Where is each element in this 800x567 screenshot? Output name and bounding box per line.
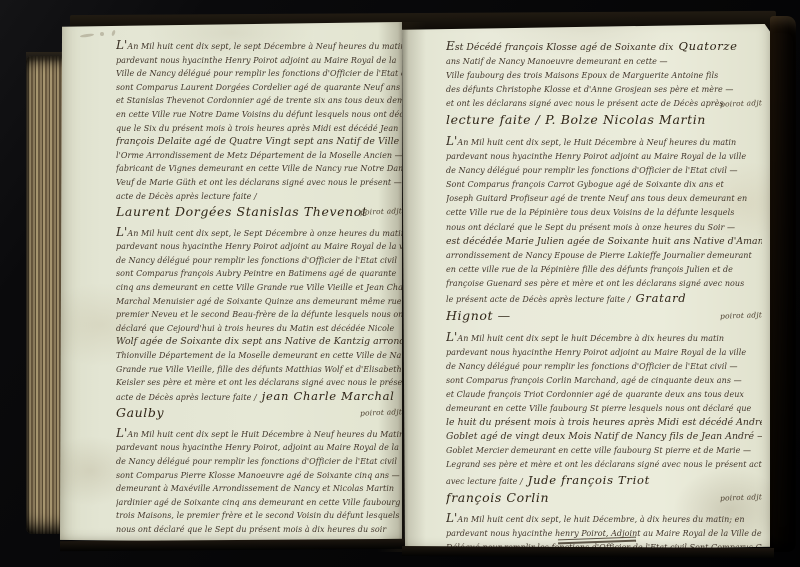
- manuscript-line: L'An Mil huit cent dix sept le huit Déce…: [446, 330, 762, 346]
- manuscript-line: Keisler ses père et mère et ont les décl…: [116, 376, 402, 390]
- line-text: Legrand ses père et mère et ont les décl…: [446, 460, 762, 469]
- signature-line: poirot adjtHignot —: [446, 307, 762, 325]
- line-text: Goblet Mercier demeurant en cette ville …: [446, 446, 751, 455]
- manuscript-line: arrondissement de Nancy Epouse de Pierre…: [446, 249, 762, 263]
- inline-signature: Quatorze: [673, 39, 737, 53]
- manuscript-line: sont Comparus françois Aubry Peintre en …: [116, 267, 402, 281]
- manuscript-line: nous ont déclaré que le Sept du présent …: [116, 523, 402, 537]
- manuscript-line: sont Comparus françois Corlin Marchand, …: [446, 374, 762, 388]
- line-text: pardevant nous hyacinthe Henry Poirot ad…: [116, 242, 402, 251]
- line-text: Gaulby: [116, 405, 164, 420]
- line-text: trois Maisons, le premier frère et le se…: [116, 511, 400, 520]
- line-text: Goblet agé de vingt deux Mois Natif de N…: [446, 431, 762, 442]
- line-text: nous ont déclaré que le Sept du présent …: [446, 223, 735, 232]
- signature-line: poirot adjtGaulby: [116, 404, 402, 422]
- manuscript-line: sont Comparus Laurent Dorgées Cordelier …: [116, 81, 402, 95]
- line-text: l'Orme Arrondissement de Metz Départemen…: [116, 151, 402, 160]
- line-text: jardinier agé de Soixante cinq ans demeu…: [116, 498, 402, 507]
- line-text: L'An Mil huit cent dix sept le huit Déce…: [446, 334, 724, 343]
- line-text: L'An Mil huit cent dix sept, le sept Déc…: [116, 42, 402, 51]
- manuscript-line: cette Ville rue de la Pépinière tous deu…: [446, 206, 762, 220]
- line-text: de Nancy délégué pour remplir les foncti…: [116, 256, 397, 265]
- manuscript-line: Thionville Département de la Moselle dem…: [116, 349, 402, 363]
- manuscript-line: Veuf de Marie Güth et ont les déclarans …: [116, 176, 402, 190]
- line-text: lecture faite / P. Bolze Nicolas Martin: [446, 112, 706, 127]
- line-text: Laurent Dorgées Stanislas Thevenot: [116, 204, 368, 219]
- page-stack-fore-edge: [26, 56, 64, 534]
- line-text: Joseph Guitard Profiseur agé de trente N…: [446, 194, 747, 203]
- manuscript-line: en cette Ville rue Notre Dame Voisins du…: [116, 108, 402, 122]
- line-text: arrondissement de Nancy Epouse de Pierre…: [446, 251, 752, 260]
- manuscript-line: Goblet agé de vingt deux Mois Natif de N…: [446, 430, 762, 444]
- manuscript-line: l'Orme Arrondissement de Metz Départemen…: [116, 149, 402, 163]
- line-text: sont Comparus Laurent Dorgées Cordelier …: [116, 83, 402, 92]
- manuscript-line: poirot adjtet ont les déclarans signé av…: [446, 97, 762, 111]
- line-text: Sont Comparus françois Carrot Gybogue ag…: [446, 180, 724, 189]
- clerk-initials: poirot adjt: [720, 489, 762, 507]
- manuscript-line: françois Delaite agé de Quatre Vingt sep…: [116, 135, 402, 149]
- manuscript-line: sont Comparus Pierre Klosse Manoeuvre ag…: [116, 469, 402, 483]
- line-text: en cette Ville rue Notre Dame Voisins du…: [116, 110, 402, 119]
- left-page: L'An Mil huit cent dix sept, le sept Déc…: [60, 22, 402, 544]
- manuscript-line: trois Maisons, le premier frère et le se…: [116, 509, 402, 523]
- inline-signature: Gratard: [631, 291, 687, 305]
- manuscript-line: L'An Mil huit cent dix sept, le Huit Déc…: [446, 134, 762, 150]
- line-text: françois Delaite agé de Quatre Vingt sep…: [116, 136, 402, 147]
- line-text: pardevant nous hyacinthe Henry Poirot, a…: [116, 443, 402, 452]
- manuscript-line: des défunts Christophe Klosse et d'Anne …: [446, 83, 762, 97]
- right-page-text: Est Décédé françois Klosse agé de Soixan…: [446, 34, 762, 552]
- right-page: Est Décédé françois Klosse agé de Soixan…: [402, 24, 774, 552]
- line-text: Grande rue Ville Vieille, fille des défu…: [116, 365, 402, 374]
- manuscript-line: Est Décédé françois Klosse agé de Soixan…: [446, 39, 762, 55]
- line-text: avec lecture faite /: [446, 477, 523, 486]
- manuscript-line: L'An Mil huit cent dix sept le Huit Déce…: [116, 427, 402, 442]
- line-text: Keisler ses père et mère et ont les décl…: [116, 378, 402, 387]
- line-text: Veuf de Marie Güth et ont les déclarans …: [116, 178, 402, 187]
- line-text: L'An Mil huit cent dix sept le Huit Déce…: [116, 430, 402, 439]
- line-text: nous ont déclaré que le Sept du présent …: [116, 525, 386, 534]
- line-text: de Nancy délégué pour remplir les foncti…: [116, 457, 397, 466]
- line-text: demeurant en cette Ville faubourg St pie…: [446, 404, 751, 413]
- line-text: le présent acte de Décès après lecture f…: [446, 295, 631, 304]
- manuscript-line: pardevant nous hyacinthe Henry Poirot ad…: [116, 54, 402, 68]
- manuscript-line: Ville faubourg des trois Maisons Epoux d…: [446, 69, 762, 83]
- manuscript-line: de Nancy délégué pour remplir les foncti…: [446, 164, 762, 178]
- clerk-initials: poirot adjt: [720, 307, 762, 325]
- line-text: demeurant à Maxéville Arrondissement de …: [116, 484, 394, 493]
- line-text: et Stanislas Thevenot Cordonnier agé de …: [116, 96, 402, 105]
- line-text: acte de Décès après lecture faite /: [116, 393, 257, 402]
- line-text: françoise Guenard ses père et mère et on…: [446, 279, 744, 288]
- line-text: pardevant nous hyacinthe Henry Poirot ad…: [446, 348, 746, 357]
- line-text: L'An Mil huit cent dix sept, le huit Déc…: [446, 515, 745, 524]
- manuscript-line: pardevant nous hyacinthe Henry Poirot ad…: [116, 240, 402, 254]
- manuscript-line: et Claude françois Triot Cordonnier agé …: [446, 388, 762, 402]
- line-text: sont Comparus françois Aubry Peintre en …: [116, 269, 396, 278]
- manuscript-line: premier Neveu et le second Beau-frère de…: [116, 308, 402, 322]
- line-text: premier Neveu et le second Beau-frère de…: [116, 310, 402, 319]
- manuscript-line: ans Natif de Nancy Manoeuvre demeurant e…: [446, 55, 762, 69]
- manuscript-line: demeurant en cette Ville faubourg St pie…: [446, 402, 762, 416]
- line-text: acte de Décès après lecture faite /: [116, 192, 257, 201]
- line-text: sont Comparus Pierre Klosse Manoeuvre ag…: [116, 471, 400, 480]
- line-text: sont Comparus françois Corlin Marchand, …: [446, 376, 742, 385]
- right-page-bottom-edge: [402, 546, 774, 558]
- manuscript-line: nous ont déclaré que le Sept du présent …: [446, 221, 762, 235]
- manuscript-line: fabricant de Vignes demeurant en cette V…: [116, 162, 402, 176]
- line-text: Ville de Nancy délégué pour remplir les …: [116, 69, 402, 78]
- line-text: Wolf agée de Soixante dix sept ans Nativ…: [116, 336, 402, 347]
- manuscript-line: Goblet Mercier demeurant en cette ville …: [446, 444, 762, 458]
- manuscript-line: cinq ans demeurant en cette Ville Grande…: [116, 281, 402, 295]
- manuscript-line: pardevant nous hyacinthe Henry Poirot, a…: [116, 441, 402, 455]
- manuscript-line: pardevant nous hyacinthe Henry Poirot ad…: [446, 346, 762, 360]
- left-page-text: L'An Mil huit cent dix sept, le sept Déc…: [116, 34, 402, 537]
- clerk-initials: poirot adjt: [360, 404, 402, 422]
- line-text: Marchal Menuisier agé de Soixante Quinze…: [116, 297, 402, 306]
- line-text: fabricant de Vignes demeurant en cette V…: [116, 164, 402, 173]
- line-text: ans Natif de Nancy Manoeuvre demeurant e…: [446, 57, 668, 66]
- signature-line: poirot adjtfrançois Corlin: [446, 489, 762, 507]
- line-text: et Claude françois Triot Cordonnier agé …: [446, 390, 744, 399]
- line-text: L'An Mil huit cent dix sept, le Sept Déc…: [116, 229, 402, 238]
- clerk-initials: poirot adjt: [360, 203, 402, 221]
- manuscript-line: Sont Comparus françois Carrot Gybogue ag…: [446, 178, 762, 192]
- manuscript-line: de Nancy délégué pour remplir les foncti…: [116, 455, 402, 469]
- line-text: Hignot —: [446, 308, 511, 323]
- line-text: et ont les déclarans signé avec nous le …: [446, 99, 724, 108]
- manuscript-line: de Nancy délégué pour remplir les foncti…: [446, 360, 762, 374]
- manuscript-line: est décédée Marie Julien agée de Soixant…: [446, 235, 762, 249]
- pencil-marks: [78, 30, 118, 42]
- signature-line: poirot adjtLaurent Dorgées Stanislas The…: [116, 203, 402, 221]
- manuscript-line: L'An Mil huit cent dix sept, le sept Déc…: [116, 39, 402, 54]
- manuscript-line: Joseph Guitard Profiseur agé de trente N…: [446, 192, 762, 206]
- manuscript-line: en cette ville rue de la Pépinière fille…: [446, 263, 762, 277]
- manuscript-line: déclaré que Cejourd'hui à trois heures d…: [116, 322, 402, 336]
- line-text: de Nancy délégué pour remplir les foncti…: [446, 166, 738, 175]
- manuscript-line: acte de Décès après lecture faite /jean …: [116, 390, 402, 405]
- line-text: le huit du présent mois à trois heures a…: [446, 417, 762, 428]
- manuscript-line: et Stanislas Thevenot Cordonnier agé de …: [116, 94, 402, 108]
- manuscript-line: avec lecture faite /Jude françois Triot: [446, 473, 762, 489]
- manuscript-line: acte de Décès après lecture faite /: [116, 190, 402, 204]
- line-text: est décédée Marie Julien agée de Soixant…: [446, 236, 762, 247]
- inline-signature: jean Charle Marchal: [257, 390, 395, 403]
- signature-line: lecture faite / P. Bolze Nicolas Martin: [446, 111, 762, 129]
- manuscript-line: Grande rue Ville Vieille, fille des défu…: [116, 363, 402, 377]
- left-page-bottom-edge: [60, 539, 405, 551]
- line-text: cette Ville rue de la Pépinière tous deu…: [446, 208, 734, 217]
- manuscript-line: Wolf agée de Soixante dix sept ans Nativ…: [116, 335, 402, 349]
- line-text: que le Six du présent mois à trois heure…: [116, 124, 398, 133]
- manuscript-line: L'An Mil huit cent dix sept, le huit Déc…: [446, 511, 762, 527]
- line-text: pardevant nous hyacinthe Henry Poirot ad…: [116, 56, 396, 65]
- manuscript-line: de Nancy délégué pour remplir les foncti…: [116, 254, 402, 268]
- manuscript-line: le présent acte de Décès après lecture f…: [446, 291, 762, 307]
- line-text: déclaré que Cejourd'hui à trois heures d…: [116, 324, 394, 333]
- book-binding-edge-right: [770, 16, 796, 552]
- manuscript-line: que le Six du présent mois à trois heure…: [116, 122, 402, 136]
- manuscript-line: demeurant à Maxéville Arrondissement de …: [116, 482, 402, 496]
- line-text: de Nancy délégué pour remplir les foncti…: [446, 362, 738, 371]
- line-text: en cette ville rue de la Pépinière fille…: [446, 265, 733, 274]
- manuscript-line: Marchal Menuisier agé de Soixante Quinze…: [116, 295, 402, 309]
- clerk-initials: poirot adjt: [720, 97, 762, 111]
- line-text: Thionville Département de la Moselle dem…: [116, 351, 402, 360]
- manuscript-line: jardinier agé de Soixante cinq ans demeu…: [116, 496, 402, 510]
- manuscript-line: L'An Mil huit cent dix sept, le Sept Déc…: [116, 226, 402, 241]
- line-text: cinq ans demeurant en cette Ville Grande…: [116, 283, 402, 292]
- line-text: L'An Mil huit cent dix sept, le Huit Déc…: [446, 138, 736, 147]
- line-text: Ville faubourg des trois Maisons Epoux d…: [446, 71, 718, 80]
- manuscript-line: pardevant nous hyacinthe Henry Poirot ad…: [446, 150, 762, 164]
- manuscript-line: Ville de Nancy délégué pour remplir les …: [116, 67, 402, 81]
- line-text: françois Corlin: [446, 490, 549, 505]
- line-text: pardevant nous hyacinthe Henry Poirot ad…: [446, 152, 746, 161]
- line-text: Est Décédé françois Klosse agé de Soixan…: [446, 42, 673, 53]
- inline-signature: Jude françois Triot: [523, 473, 650, 487]
- line-text: des défunts Christophe Klosse et d'Anne …: [446, 85, 733, 94]
- photo-background: L'An Mil huit cent dix sept, le sept Déc…: [0, 0, 800, 567]
- manuscript-line: le huit du présent mois à trois heures a…: [446, 416, 762, 430]
- manuscript-line: Legrand ses père et mère et ont les décl…: [446, 458, 762, 472]
- manuscript-line: françoise Guenard ses père et mère et on…: [446, 277, 762, 291]
